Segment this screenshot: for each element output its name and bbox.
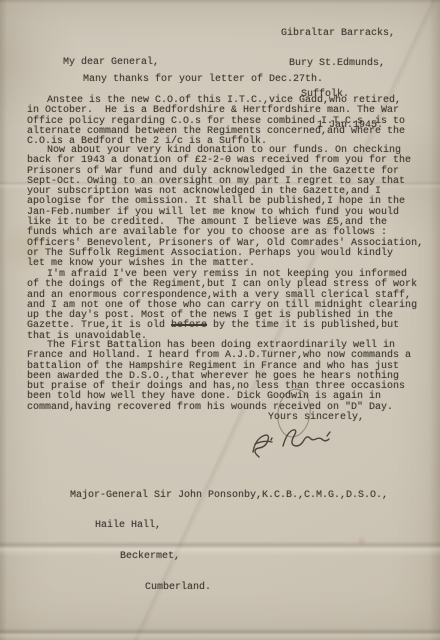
paragraph-anstee: Anstee is the new C.O.of this I.T.C.,vic… bbox=[27, 96, 435, 147]
signature bbox=[235, 388, 355, 466]
recipient-line: Haile Hall, bbox=[95, 521, 388, 531]
letterhead-line: Gibraltar Barracks, bbox=[281, 29, 395, 39]
strikethrough-word: before bbox=[171, 320, 207, 331]
signature-stroke bbox=[253, 430, 330, 457]
recipient-line: Beckermet, bbox=[120, 552, 388, 562]
paragraph-donation: Now about your very kind donation to our… bbox=[27, 146, 435, 270]
letter-page: Gibraltar Barracks, Bury St.Edmunds, Suf… bbox=[0, 0, 440, 640]
letterhead-line: Bury St.Edmunds, bbox=[289, 59, 395, 69]
salutation: My dear General, bbox=[63, 58, 159, 68]
paragraph-battalion: The First Battalion has been doing extra… bbox=[27, 341, 435, 413]
recipient-line: Cumberland. bbox=[145, 583, 388, 593]
recipient-address: Major-General Sir John Ponsonby,K.C.B.,C… bbox=[70, 470, 388, 614]
paragraph-remiss: I'm afraid I've been very remiss in not … bbox=[27, 270, 435, 342]
paragraph-thanks: Many thanks for your letter of Dec.27th. bbox=[83, 75, 440, 85]
recipient-line: Major-General Sir John Ponsonby,K.C.B.,C… bbox=[70, 491, 388, 501]
pen-circle bbox=[275, 388, 313, 439]
